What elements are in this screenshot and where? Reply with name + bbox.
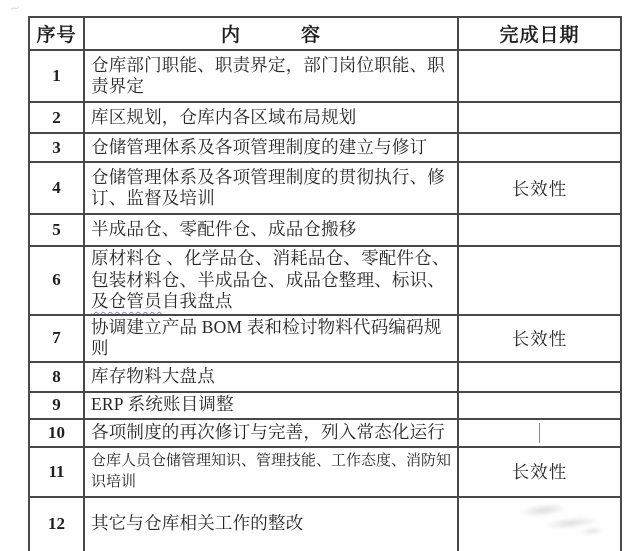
content-cell: 仓库部门职能、职责界定，部门岗位职能、职责界定	[84, 50, 458, 102]
table-row: 11 仓库人员仓储管理知识、管理技能、工作态度、消防知识培训 长效性	[29, 447, 621, 497]
content-text: 自我盘点	[162, 291, 233, 311]
text-cursor-mark	[539, 423, 540, 443]
table-row: 1 仓库部门职能、职责界定，部门岗位职能、职责界定	[29, 50, 621, 102]
row-number-cell: 4	[29, 162, 84, 214]
date-cell	[458, 246, 621, 315]
row-number-cell: 5	[29, 214, 84, 246]
table-row: 6 原材料仓 、化学品仓、消耗品仓、零配件仓、包装材料仓、半成品仓、成品仓整理、…	[29, 246, 621, 315]
row-number-cell: 10	[29, 419, 84, 447]
date-cell	[458, 102, 621, 133]
header-serial-number: 序号	[29, 17, 84, 50]
row-number-cell: 6	[29, 246, 84, 315]
date-cell: 长效性	[458, 162, 621, 214]
row-number-cell: 9	[29, 392, 84, 419]
date-cell	[458, 419, 621, 447]
content-text: 原材料仓 、化学品仓、消耗品仓、零配件仓、包装材料仓、半成品仓、成品仓整理、标识…	[91, 248, 450, 290]
table-row: 5 半成品仓、零配件仓、成品仓搬移	[29, 214, 621, 246]
row-number-cell: 3	[29, 133, 84, 162]
row-number-cell: 2	[29, 102, 84, 133]
spellcheck-wavy-text: 及仓管员	[91, 291, 162, 311]
row-number-cell: 1	[29, 50, 84, 102]
warehouse-work-plan-table: 序号 内 容 完成日期 1 仓库部门职能、职责界定，部门岗位职能、职责界定 2 …	[28, 16, 622, 551]
row-number-cell: 7	[29, 315, 84, 362]
table-row: 9 ERP 系统账目调整	[29, 392, 621, 419]
date-cell: 长效性	[458, 315, 621, 362]
scan-artifact-corner-mark: 〜	[8, 0, 22, 16]
header-content: 内 容	[84, 17, 458, 50]
content-cell: 其它与仓库相关工作的整改	[84, 497, 458, 551]
date-cell	[458, 362, 621, 392]
content-cell: 仓库人员仓储管理知识、管理技能、工作态度、消防知识培训	[84, 447, 458, 497]
content-cell: ERP 系统账目调整	[84, 392, 458, 419]
row-number-cell: 11	[29, 447, 84, 497]
table-row: 7 协调建立产品 BOM 表和检讨物料代码编码规则 长效性	[29, 315, 621, 362]
table-row: 3 仓储管理体系及各项管理制度的建立与修订	[29, 133, 621, 162]
table-row: 10 各项制度的再次修订与完善，列入常态化运行	[29, 419, 621, 447]
date-cell	[458, 392, 621, 419]
row-number-cell: 8	[29, 362, 84, 392]
content-cell: 仓储管理体系及各项管理制度的贯彻执行、修订、监督及培训	[84, 162, 458, 214]
row-number-cell: 12	[29, 497, 84, 551]
content-cell: 仓储管理体系及各项管理制度的建立与修订	[84, 133, 458, 162]
table-row: 12 其它与仓库相关工作的整改	[29, 497, 621, 551]
header-completion-date: 完成日期	[458, 17, 621, 50]
date-cell	[458, 214, 621, 246]
content-cell: 库区规划，仓库内各区域布局规划	[84, 102, 458, 133]
content-cell: 半成品仓、零配件仓、成品仓搬移	[84, 214, 458, 246]
content-cell: 库存物料大盘点	[84, 362, 458, 392]
date-cell: 长效性	[458, 447, 621, 497]
content-cell: 各项制度的再次修订与完善，列入常态化运行	[84, 419, 458, 447]
scanned-document-page: 〜 序号 内 容 完成日期 1 仓库部门职能、职责界定，部门岗位职能、职责界定 …	[0, 0, 640, 551]
table-row: 2 库区规划，仓库内各区域布局规划	[29, 102, 621, 133]
table-row: 8 库存物料大盘点	[29, 362, 621, 392]
date-cell	[458, 497, 621, 551]
content-cell: 协调建立产品 BOM 表和检讨物料代码编码规则	[84, 315, 458, 362]
content-cell: 原材料仓 、化学品仓、消耗品仓、零配件仓、包装材料仓、半成品仓、成品仓整理、标识…	[84, 246, 458, 315]
date-cell	[458, 133, 621, 162]
table-row: 4 仓储管理体系及各项管理制度的贯彻执行、修订、监督及培训 长效性	[29, 162, 621, 214]
date-cell	[458, 50, 621, 102]
table-header-row: 序号 内 容 完成日期	[29, 17, 621, 50]
